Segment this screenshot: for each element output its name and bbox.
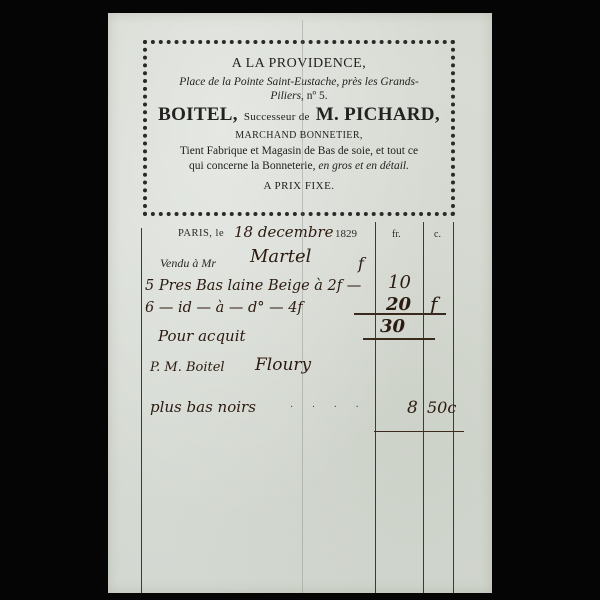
address-line-1: Place de la Pointe Saint-Eustache, près … [150, 76, 448, 88]
total-rule [363, 338, 435, 340]
price-policy: A PRIX FIXE. [150, 180, 448, 192]
trade-title: MARCHAND BONNETIER, [150, 130, 448, 141]
address-line-2: Piliers, nº 5. [150, 90, 448, 102]
address-number: , nº 5. [301, 90, 328, 102]
description-italic: en gros et en détail. [318, 160, 409, 172]
merchant-line: BOITEL,Successeur deM. PICHARD, [150, 104, 448, 126]
leader-dots: · · · · [290, 402, 367, 413]
description-line-2: qui concerne la Bonneterie, en gros et e… [150, 160, 448, 172]
handwritten-date: 18 decembre [234, 223, 334, 241]
place-label: PARIS, le [178, 228, 224, 239]
predecessor-name: M. PICHARD, [316, 104, 440, 125]
description-plain: qui concerne la Bonneterie, [189, 160, 315, 172]
total-amount: 30 [380, 316, 405, 337]
column-header-francs: fr. [392, 229, 401, 240]
description-line-1: Tient Fabrique et Magasin de Bas de soie… [150, 145, 448, 157]
left-margin-rule [141, 228, 142, 593]
address-piliers: Piliers [270, 90, 301, 102]
column-header-centimes: c. [434, 229, 441, 240]
acquittal-text: Pour acquit [158, 327, 246, 345]
currency-mark: f [358, 254, 364, 273]
shop-name: A LA PROVIDENCE, [150, 56, 448, 72]
year: 1829 [335, 228, 357, 240]
line-item-1-description: 5 Pres Bas laine Beige à 2f — [145, 278, 361, 294]
signature: Floury [255, 355, 311, 375]
line-item-2-description: 6 — id — à — d° — 4f [145, 300, 303, 316]
centimes-column-left-rule [423, 222, 424, 593]
successor-text: Successeur de [244, 111, 310, 123]
customer-name: Martel [250, 246, 311, 267]
extra-amount-centimes: 50c [427, 398, 456, 417]
extra-amount-francs: 8 [407, 398, 418, 418]
sold-to-label: Vendu à Mr [160, 256, 216, 271]
subtotal-rule [354, 313, 446, 315]
francs-column-left-rule [375, 222, 376, 593]
signature-prefix: P. M. Boitel [150, 360, 225, 375]
line-item-2-amount: 20 [386, 294, 411, 315]
extra-line-description: plus bas noirs [150, 398, 256, 416]
line-item-1-amount: 10 [388, 272, 411, 293]
extra-total-rule [374, 431, 464, 432]
merchant-name: BOITEL, [158, 104, 238, 125]
